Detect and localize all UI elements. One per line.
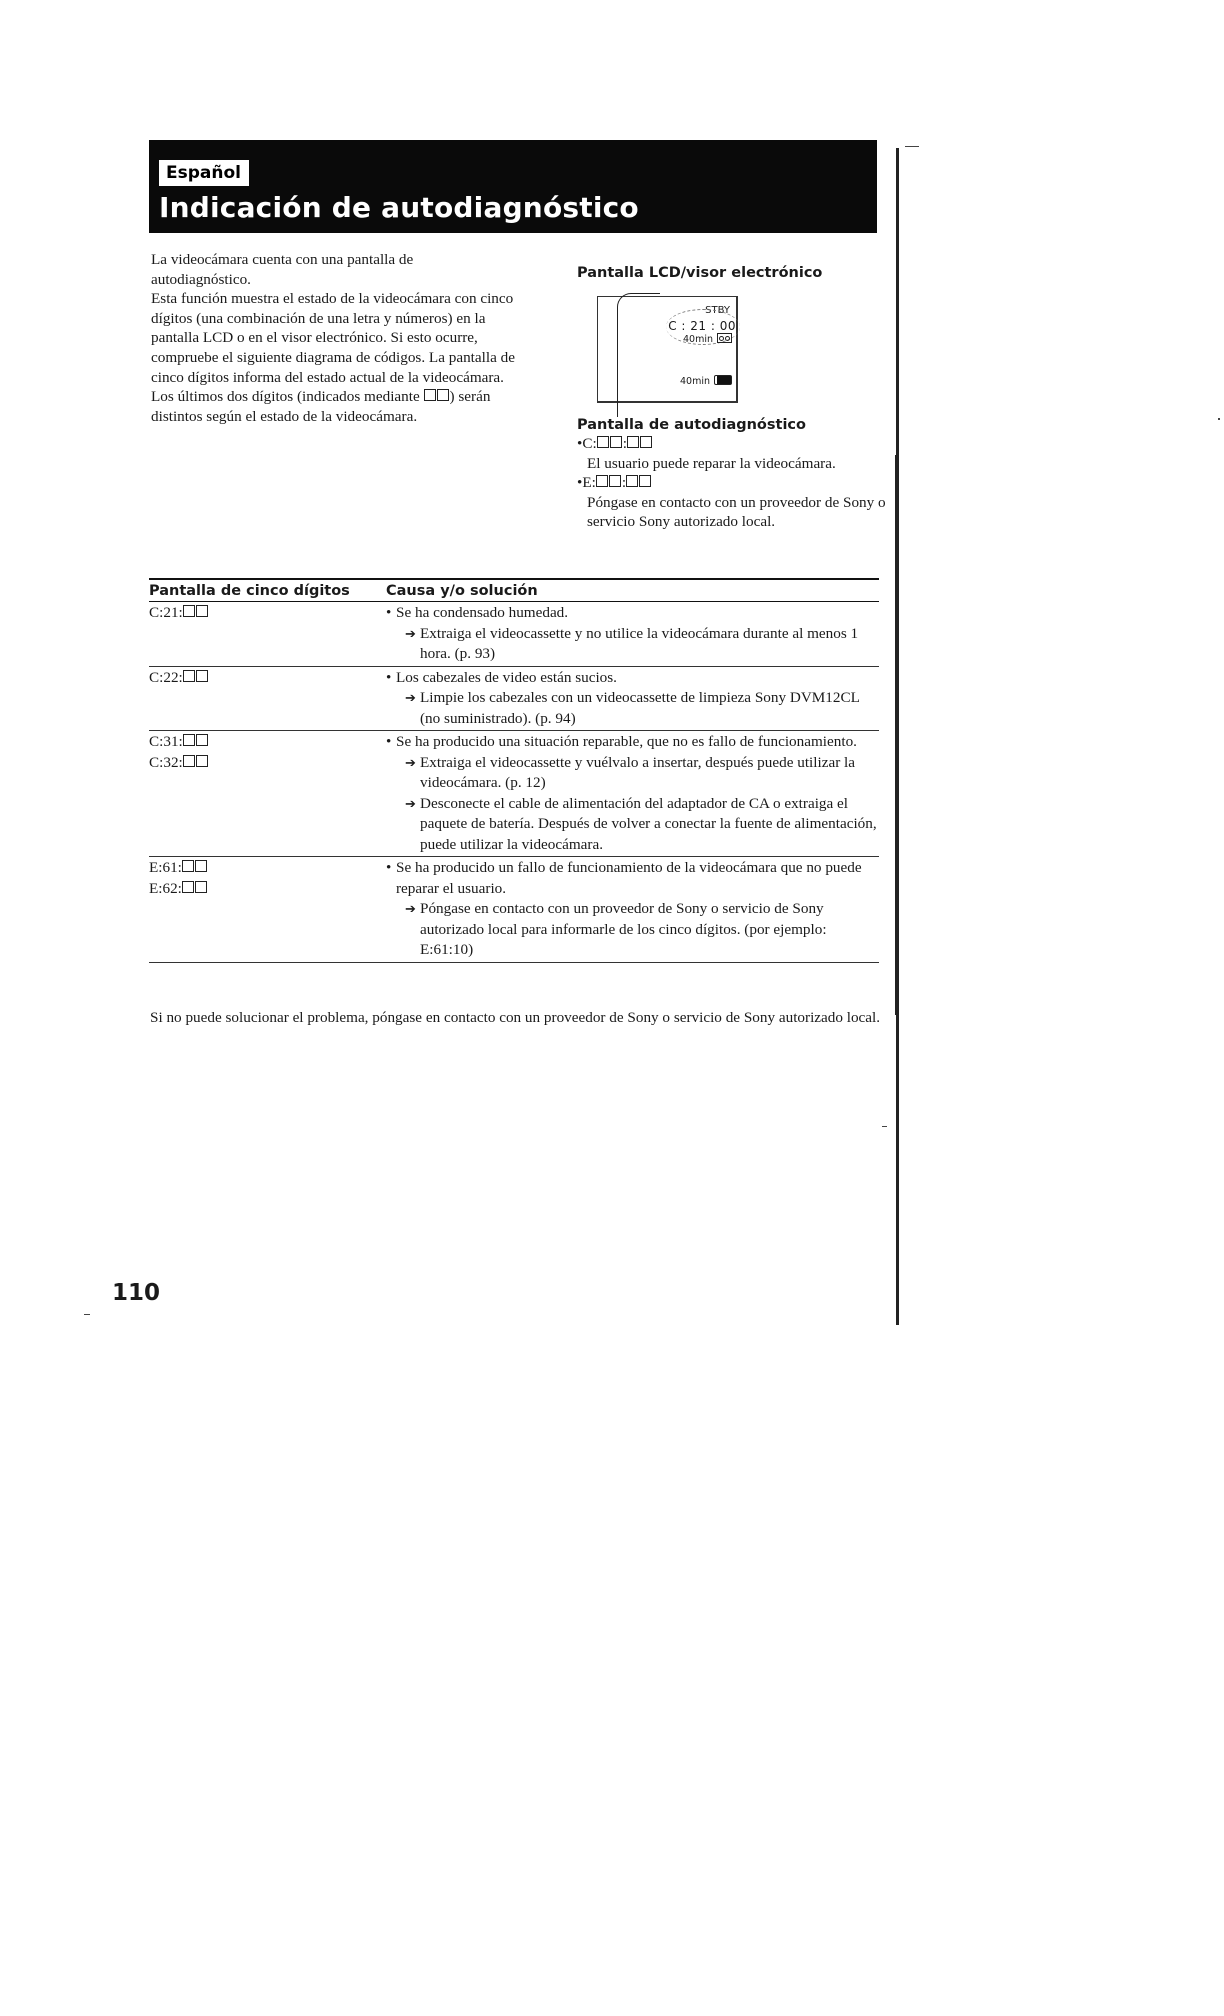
cause-text: •Se ha producido un fallo de funcionamie… xyxy=(386,858,879,899)
self-diagnosis-heading: Pantalla de autodiagnóstico xyxy=(577,416,806,434)
arrow-right-icon: ➔ xyxy=(405,794,420,815)
cause-solution-cell: •Se ha producido una situación reparable… xyxy=(386,731,879,856)
arrow-right-icon: ➔ xyxy=(405,688,420,709)
digit-box-icon xyxy=(437,389,449,401)
table-header: Pantalla de cinco dígitos Causa y/o solu… xyxy=(149,580,879,602)
error-code: E:62: xyxy=(149,879,386,900)
digit-box-icon xyxy=(183,755,195,767)
error-code: C:31: xyxy=(149,732,386,753)
page-title: Indicación de autodiagnóstico xyxy=(159,190,639,226)
section-header: Español Indicación de autodiagnóstico xyxy=(149,140,877,233)
digit-box-icon xyxy=(196,734,208,746)
cause-solution-cell: •Se ha condensado humedad.➔Extraiga el v… xyxy=(386,602,879,666)
page-number: 110 xyxy=(112,1280,160,1306)
digit-box-icon xyxy=(626,475,638,487)
error-code-cell: C:21: xyxy=(149,602,386,666)
digit-box-icon xyxy=(424,389,436,401)
digit-box-icon xyxy=(182,881,194,893)
cassette-icon xyxy=(717,333,732,343)
intro-text: La videocámara cuenta con una pantalla d… xyxy=(151,250,516,426)
callout-line xyxy=(617,311,618,417)
lcd-code: C : 21 : 00 xyxy=(668,319,736,333)
table-row: E:61:E:62:•Se ha producido un fallo de f… xyxy=(149,857,879,963)
callout-line xyxy=(617,293,660,312)
lcd-heading: Pantalla LCD/visor electrónico xyxy=(577,264,897,282)
error-code-cell: C:31:C:32: xyxy=(149,731,386,856)
lcd-battery-remaining: 40min xyxy=(680,375,732,387)
intro-paragraph-2: Esta función muestra el estado de la vid… xyxy=(151,289,516,426)
lcd-tape-remaining: 40min xyxy=(683,333,732,345)
solution-text: ➔Limpie los cabezales con un videocasset… xyxy=(386,688,879,729)
battery-icon xyxy=(714,375,732,385)
digit-box-icon xyxy=(196,605,208,617)
arrow-right-icon: ➔ xyxy=(405,753,420,774)
error-code-cell: C:22: xyxy=(149,667,386,731)
cause-text: •Se ha producido una situación reparable… xyxy=(386,732,879,753)
diag-desc-e: Póngase en contacto con un proveedor de … xyxy=(577,493,897,532)
digit-box-icon xyxy=(182,860,194,872)
arrow-right-icon: ➔ xyxy=(405,624,420,645)
intro-paragraph-1: La videocámara cuenta con una pantalla d… xyxy=(151,250,516,289)
arrow-right-icon: ➔ xyxy=(405,899,420,920)
digit-box-icon xyxy=(183,734,195,746)
digit-box-icon xyxy=(183,605,195,617)
scan-mark xyxy=(1218,418,1220,420)
solution-text: ➔Póngase en contacto con un proveedor de… xyxy=(386,899,879,961)
table-row: C:21:•Se ha condensado humedad.➔Extraiga… xyxy=(149,602,879,667)
table-body: C:21:•Se ha condensado humedad.➔Extraiga… xyxy=(149,602,879,963)
column-header-cause: Causa y/o solución xyxy=(386,583,879,599)
cause-text: •Los cabezales de video están sucios. xyxy=(386,668,879,689)
error-code: C:32: xyxy=(149,753,386,774)
cause-solution-cell: •Los cabezales de video están sucios.➔Li… xyxy=(386,667,879,731)
diag-code-c: •C:: xyxy=(577,434,897,454)
table-row: C:31:C:32:•Se ha producido una situación… xyxy=(149,731,879,857)
scan-mark xyxy=(882,1126,887,1127)
error-code: E:61: xyxy=(149,858,386,879)
column-header-code: Pantalla de cinco dígitos xyxy=(149,583,386,599)
error-code: C:21: xyxy=(149,603,386,624)
diag-code-e: •E:: xyxy=(577,473,897,493)
digit-box-icon xyxy=(196,755,208,767)
error-code: C:22: xyxy=(149,668,386,689)
footer-note: Si no puede solucionar el problema, póng… xyxy=(150,1008,885,1028)
lcd-display-illustration: STBY C : 21 : 00 40min 40min xyxy=(597,296,738,403)
digit-box-icon xyxy=(639,475,651,487)
solution-text: ➔Extraiga el videocassette y no utilice … xyxy=(386,624,879,665)
manual-page: Español Indicación de autodiagnóstico La… xyxy=(0,0,1224,2016)
digit-box-icon xyxy=(627,436,639,448)
lcd-section: Pantalla LCD/visor electrónico STBY C : … xyxy=(577,264,897,282)
scan-mark xyxy=(84,1314,90,1315)
solution-text: ➔Extraiga el videocassette y vuélvalo a … xyxy=(386,753,879,794)
binding-edge-dark xyxy=(895,455,899,1015)
digit-box-icon xyxy=(610,436,622,448)
language-badge: Español xyxy=(159,160,249,186)
digit-box-icon xyxy=(196,670,208,682)
self-diagnosis-list: •C:: El usuario puede reparar la videocá… xyxy=(577,434,897,532)
solution-text: ➔Desconecte el cable de alimentación del… xyxy=(386,794,879,856)
digit-box-icon xyxy=(183,670,195,682)
digit-box-icon xyxy=(597,436,609,448)
digit-box-icon xyxy=(195,860,207,872)
scan-mark xyxy=(905,146,919,147)
digit-box-icon xyxy=(609,475,621,487)
digit-box-icon xyxy=(640,436,652,448)
error-code-cell: E:61:E:62: xyxy=(149,857,386,962)
diag-desc-c: El usuario puede reparar la videocámara. xyxy=(577,454,897,474)
cause-text: •Se ha condensado humedad. xyxy=(386,603,879,624)
error-code-table: Pantalla de cinco dígitos Causa y/o solu… xyxy=(149,578,879,963)
cause-solution-cell: •Se ha producido un fallo de funcionamie… xyxy=(386,857,879,962)
digit-box-icon xyxy=(596,475,608,487)
digit-box-icon xyxy=(195,881,207,893)
table-row: C:22:•Los cabezales de video están sucio… xyxy=(149,667,879,732)
